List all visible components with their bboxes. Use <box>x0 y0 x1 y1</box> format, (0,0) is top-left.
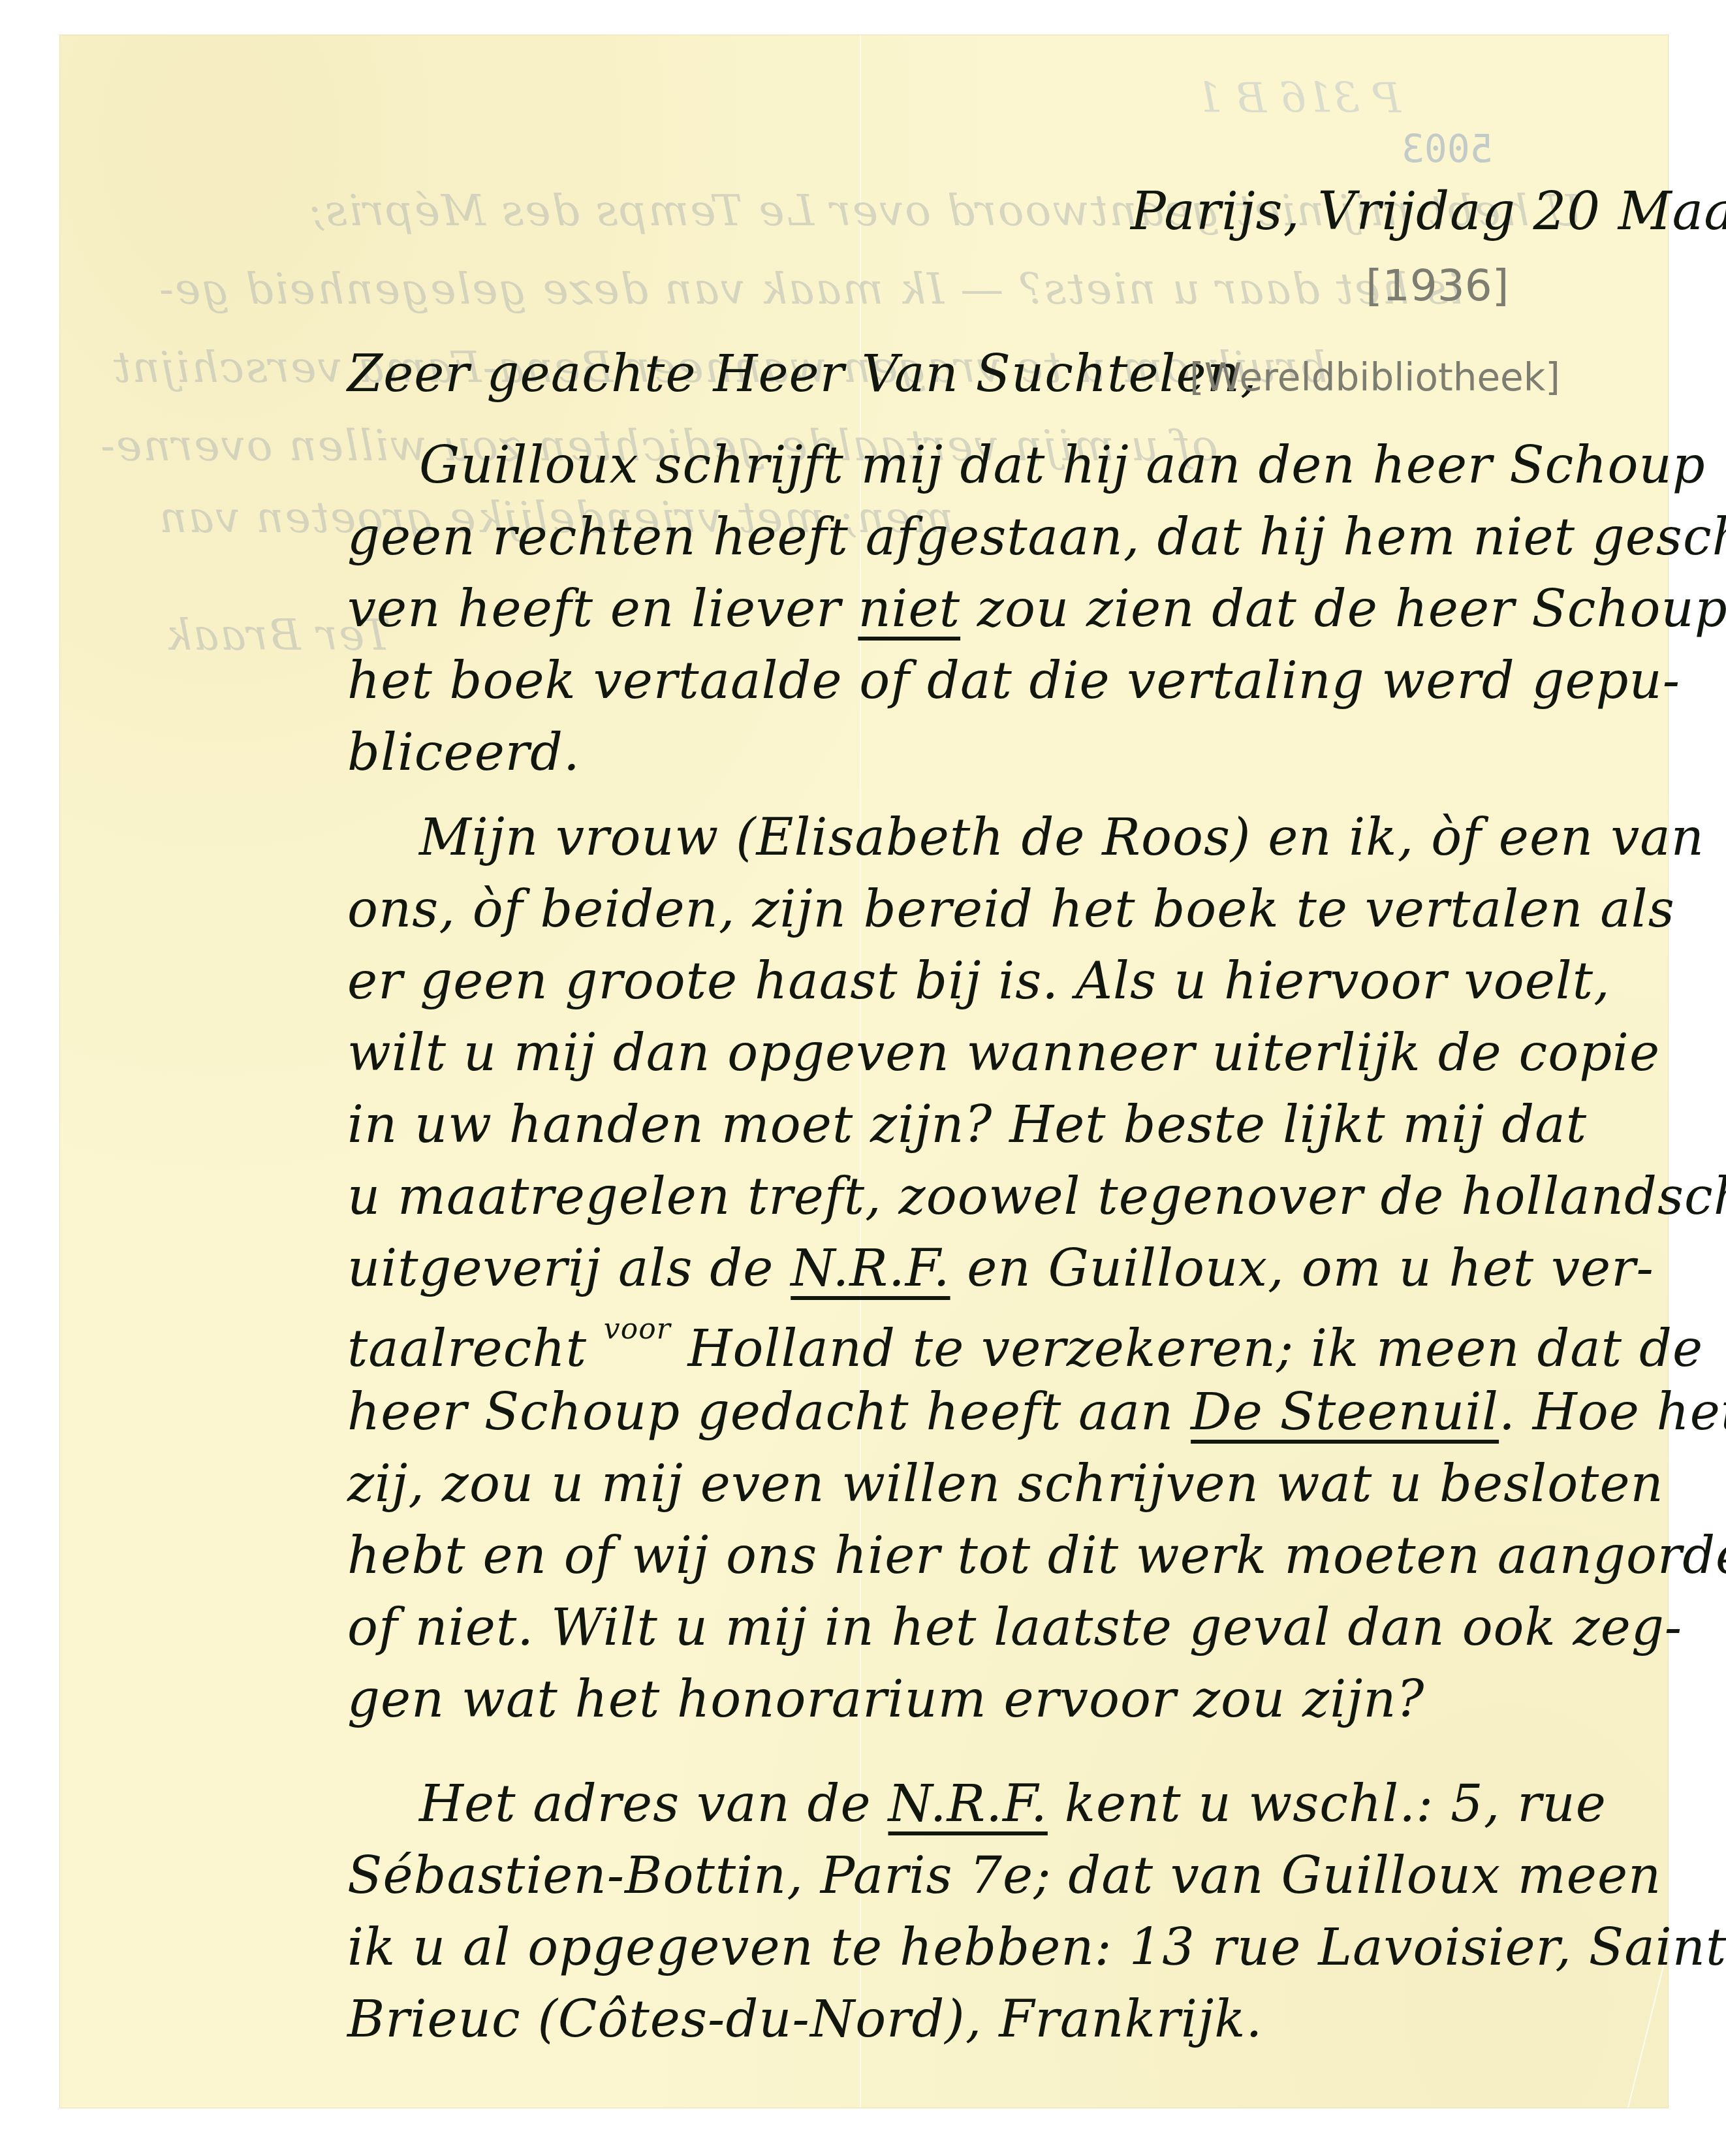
text-line: heer Schoup gedacht heeft aan De Steenui… <box>347 1387 1726 1438</box>
text-line: Brieuc (Côtes-du-Nord), Frankrijk. <box>347 1994 1263 2045</box>
text-line: het boek vertaalde of dat die vertaling … <box>347 656 1680 706</box>
text-line: zij, zou u mij even willen schrijven wat… <box>347 1459 1664 1510</box>
text-line: geen rechten heeft afgestaan, dat hij he… <box>347 512 1726 563</box>
archive-stamp-number: 5003 <box>1402 127 1493 171</box>
underlined-word: De Steenuil <box>1191 1383 1499 1442</box>
archive-reference: P 316 B 1 <box>1196 74 1401 123</box>
text-line: ons, òf beiden, zijn bereid het boek te … <box>347 884 1675 935</box>
text-line: hebt en of wij ons hier tot dit werk moe… <box>347 1530 1726 1581</box>
salutation: Zeer geachte Heer Van Suchtelen, <box>347 349 1257 400</box>
text-line: Het adres van de N.R.F. kent u wschl.: 5… <box>419 1779 1607 1830</box>
letter-page: U hebt mij niet geantwoord over Le Temps… <box>60 35 1668 2108</box>
place-date: Parijs, Vrijdag 20 Maart. <box>1131 185 1726 238</box>
underlined-word: N.R.F. <box>791 1239 950 1298</box>
text-line: uitgeverij als de N.R.F. en Guilloux, om… <box>347 1243 1654 1294</box>
text-line: in uw handen moet zijn? Het beste lijkt … <box>347 1100 1587 1150</box>
text-line: er geen groote haast bij is. Als u hierv… <box>347 956 1610 1007</box>
bleed-line: is het daar u niets? — Ik maak van deze … <box>158 264 1463 314</box>
paragraph-1: Guilloux schrijft mij dat hij aan den he… <box>347 427 1653 793</box>
text-line: bliceerd. <box>347 727 580 778</box>
text-line: ven heeft en liever niet zou zien dat de… <box>347 584 1726 635</box>
underlined-word: N.R.F. <box>888 1775 1048 1833</box>
text-line: ik u al opgegeven te hebben: 13 rue Lavo… <box>347 1922 1726 1973</box>
pencil-publisher-annotation: [Wereldbibliotheek] <box>1189 355 1560 400</box>
text-line: wilt u mij dan opgeven wanneer uiterlijk… <box>347 1028 1660 1079</box>
text-line: of niet. Wilt u mij in het laatste geval… <box>347 1602 1682 1653</box>
underlined-word: niet <box>858 580 960 639</box>
text-line: u maatregelen treft, zoowel tegenover de… <box>347 1171 1726 1222</box>
inserted-word: voor <box>604 1312 671 1346</box>
text-line: Sébastien-Bottin, Paris 7e; dat van Guil… <box>347 1850 1661 1901</box>
text-line: gen wat het honorarium ervoor zou zijn? <box>347 1674 1424 1725</box>
text-line: taalrecht voor Holland te verzekeren; ik… <box>347 1315 1703 1374</box>
text-line: Guilloux schrijft mij dat hij aan den he… <box>419 440 1706 491</box>
pencil-year-annotation: [1936] <box>1366 261 1509 311</box>
paragraph-3: Het adres van de N.R.F. kent u wschl.: 5… <box>347 1766 1653 2092</box>
text-line: Mijn vrouw (Elisabeth de Roos) en ik, òf… <box>419 812 1704 863</box>
paragraph-2: Mijn vrouw (Elisabeth de Roos) en ik, òf… <box>347 799 1653 1713</box>
